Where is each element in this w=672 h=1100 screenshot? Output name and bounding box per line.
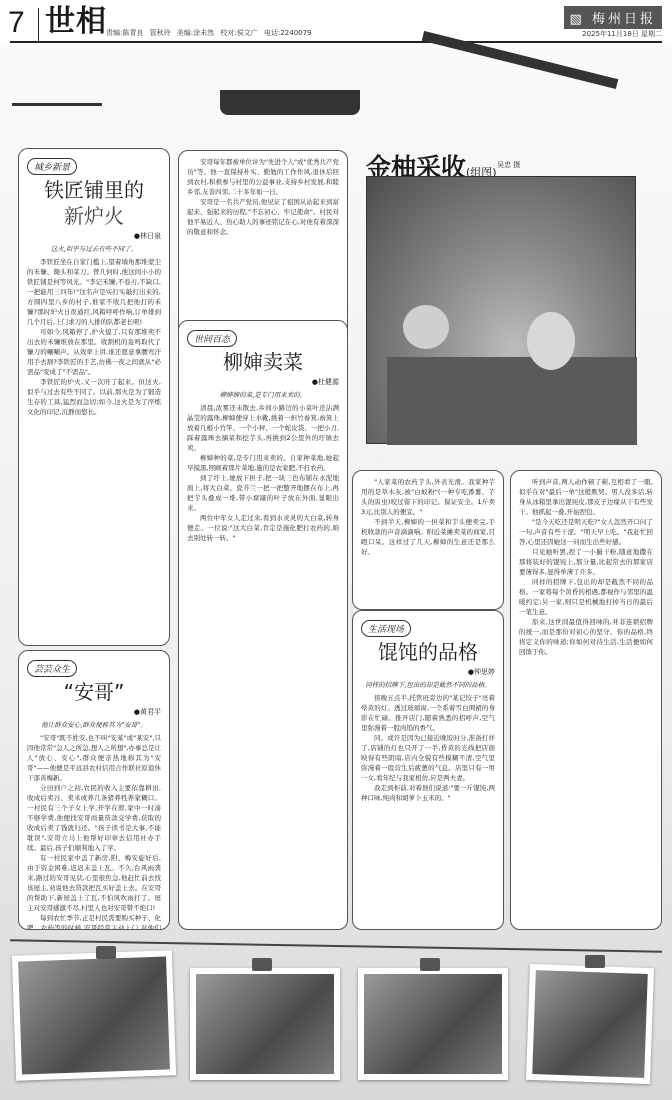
baskets-photo xyxy=(358,968,508,1080)
book-logo-icon: ▧ xyxy=(570,12,585,27)
article-body: 清晨,浓雾还未散去,乡间小路边的小菜叶还沾满晶莹的露珠,柳婶便穿上水靴,挑着一担… xyxy=(187,403,339,543)
picking-pomelo-photo xyxy=(190,968,340,1080)
page-number: 7 xyxy=(8,8,25,38)
byline: ●黄君平 xyxy=(27,707,161,717)
article-huntun: 生活现场 馄饨的品格 ●钟思婷 同样的招牌下,包出的却是截然不同的品格。 傍晚五… xyxy=(352,610,504,930)
section-title: 世相 xyxy=(45,6,107,38)
section-tag: 城乡新景 xyxy=(27,158,77,175)
article-body: 安哥每年都被单位评为"先进个人"或"优秀共产党员"等。他一直保持朴实、勤勉的工作… xyxy=(187,157,339,237)
binder-clip-icon xyxy=(420,958,440,971)
pomelo-icon xyxy=(403,305,449,349)
binder-clip-icon xyxy=(585,955,605,968)
article-body: "安哥"既不姓安,也不叫"安某"或"某安",只因他常常"急人之所急,想人之所想"… xyxy=(27,733,161,930)
article-ange: 芸芸众生 “安哥” ●黄君平 他让群众安心,群众便称其为"安哥"。 "安哥"既不… xyxy=(18,650,170,930)
masthead-text: 梅州日报 xyxy=(592,12,656,27)
section-tag: 世间百态 xyxy=(187,330,237,347)
lead-text: 柳婶婶的菜,是专门用来卖的。 xyxy=(187,390,339,399)
article-body: 听到声音,两人动作顿了顿,互相看了一眼,似乎在对"最后一单"这般默契。男人没多话… xyxy=(519,477,653,657)
farmer-face xyxy=(527,312,575,370)
binder-clip-icon xyxy=(96,946,116,959)
section-tag: 生活现场 xyxy=(361,620,411,637)
roof-decoration-icon xyxy=(220,90,360,115)
main-photo-farmer-with-pomelo xyxy=(366,176,636,444)
byline: ●林日泉 xyxy=(27,231,161,241)
tricycle-photo xyxy=(526,964,654,1084)
article-title: “安哥” xyxy=(27,679,161,705)
article-title: 馄饨的品格 xyxy=(361,639,495,665)
article-tiejiang: 城乡新景 铁匠铺里的 新炉火 ●林日泉 这火,似乎与过去有些不同了。 李铁匠坐在… xyxy=(18,148,170,646)
cart-shape xyxy=(387,357,637,445)
issue-date: 2025年11月18日 星期二 xyxy=(582,29,662,39)
photo-credit: 吴忠 摄 xyxy=(497,160,520,170)
editor-credits: 责编:陈青良 管秋玲 美编:涂未然 校对:侯文广 电话:2240079 xyxy=(106,28,312,38)
section-tag: 芸芸众生 xyxy=(27,660,77,677)
lead-text: 他让群众安心,群众便称其为"安哥"。 xyxy=(27,720,161,729)
pomelo-tree-photo xyxy=(12,950,176,1081)
article-liushen-continued: "人家菜的农药芋头,外表光滑。我家种芋用的是草木灰,被"白蚁粉"(一种专吃番薯、… xyxy=(352,470,504,610)
article-huntun-continued: 听到声音,两人动作顿了顿,互相看了一眼,似乎在对"最后一单"这般默契。男人没多话… xyxy=(510,470,662,930)
lead-text: 这火,似乎与过去有些不同了。 xyxy=(27,244,161,253)
article-body: 李铁匠坐在自家门槛上,望着墙角那堆蒙尘的禾镰、锄头和菜刀。曾几何时,他这间小小的… xyxy=(27,257,161,417)
page-header: 7 世相 责编:陈青良 管秋玲 美编:涂未然 校对:侯文广 电话:2240079… xyxy=(0,0,672,44)
lead-text: 同样的招牌下,包出的却是截然不同的品格。 xyxy=(361,680,495,689)
byline: ●钟思婷 xyxy=(361,667,495,677)
article-ange-continued: 安哥每年都被单位评为"先进个人"或"优秀共产党员"等。他一直保持朴实、勤勉的工作… xyxy=(178,150,348,340)
article-liushen: 世间百态 柳婶卖菜 ●杜健源 柳婶婶的菜,是专门用来卖的。 清晨,浓雾还未散去,… xyxy=(178,320,348,930)
newspaper-masthead: ▧ 梅州日报 xyxy=(564,6,662,29)
article-body: 傍晚五点半,托管班旁边的"某记饺子"亮着晕黄的灯。透过玻璃窗,一个系着雪白围裙的… xyxy=(361,693,495,803)
article-title: 铁匠铺里的 新炉火 xyxy=(27,177,161,229)
roof-decoration-icon xyxy=(12,103,102,106)
binder-clip-icon xyxy=(252,958,272,971)
article-title: 柳婶卖菜 xyxy=(187,349,339,375)
article-body: "人家菜的农药芋头,外表光滑。我家种芋用的是草木灰,被"白蚁粉"(一种专吃番薯、… xyxy=(361,477,495,557)
byline: ●杜健源 xyxy=(187,377,339,387)
header-rule xyxy=(10,41,662,43)
header-divider xyxy=(38,8,39,42)
